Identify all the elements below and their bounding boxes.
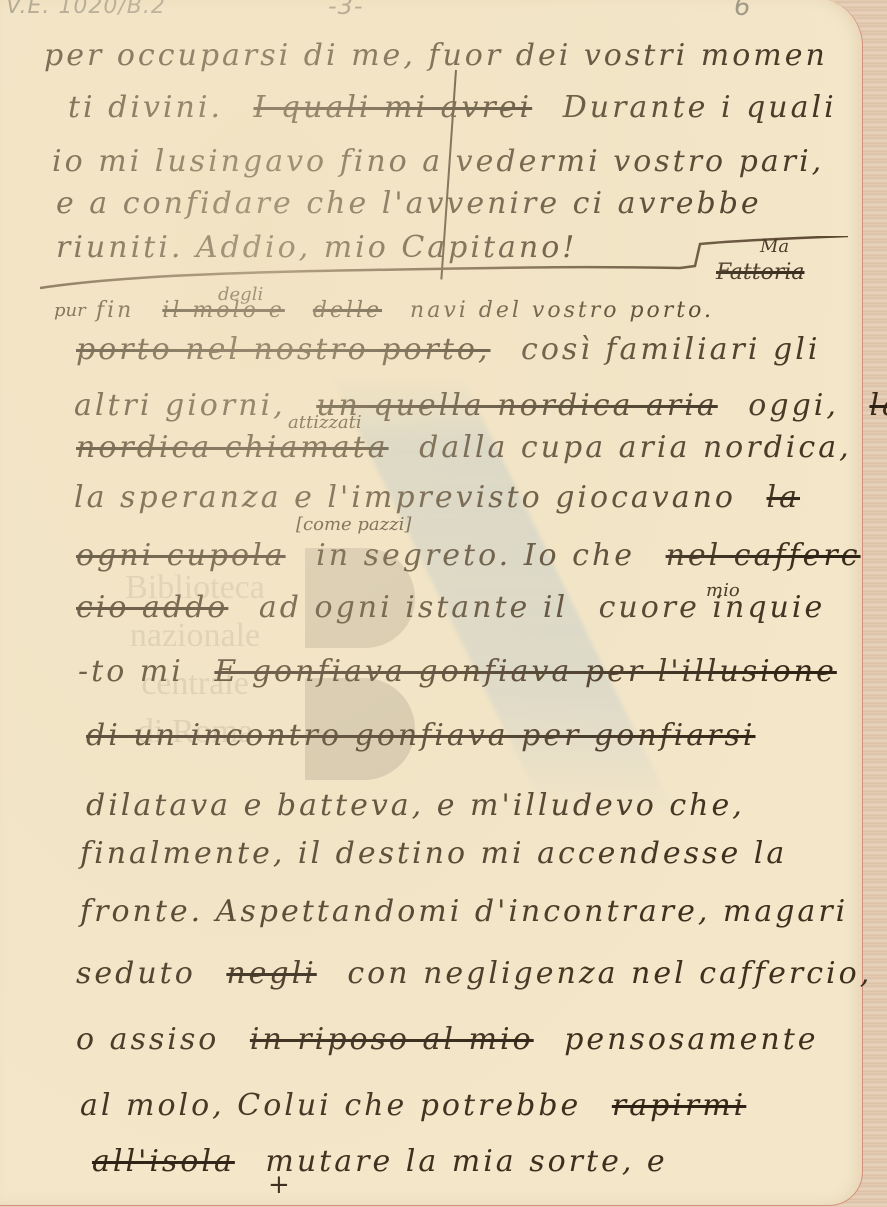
insertion-mark: + — [268, 1170, 290, 1200]
deleted-text: la — [869, 388, 887, 423]
deleted-text: nordica chiamata — [76, 430, 389, 465]
manuscript-line-8: altri giorni, un quella nordica aria ogg… — [74, 388, 887, 423]
manuscript-line-21: all'isola mutare la mia sorte, e — [92, 1144, 668, 1179]
shelfmark: V.E. 1020/B.2 — [6, 0, 166, 19]
manuscript-line-16: finalmente, il destino mi accendesse la — [80, 836, 787, 871]
insertion-above: Ma — [760, 236, 789, 257]
deleted-text: negli — [226, 956, 316, 991]
manuscript-page: V.E. 1020/B.2 -3- 6 Biblioteca nazionale… — [0, 0, 863, 1206]
deleted-text: delle — [313, 298, 382, 323]
deleted-text: porto nel nostro porto, — [76, 332, 491, 367]
deleted-text: cio addo — [76, 590, 228, 625]
manuscript-line-4: e a confidare che l'avvenire ci avrebbe — [56, 186, 762, 221]
manuscript-line-9: nordica chiamata dalla cupa aria nordica… — [76, 430, 852, 465]
manuscript-line-7: porto nel nostro porto, così familiari g… — [76, 332, 820, 367]
folio-number: 6 — [734, 0, 752, 22]
deleted-text: Fattoria — [716, 260, 804, 285]
manuscript-line-11: ogni cupola in segreto. Io che nel caffe… — [76, 538, 861, 573]
manuscript-line-14: di un incontro gonfiava per gonfiarsi — [86, 718, 756, 753]
deleted-text: ogni cupola — [76, 538, 286, 573]
deleted-text: I quali mi avrei — [254, 90, 533, 125]
manuscript-line-5: riuniti. Addio, mio Capitano! — [56, 230, 577, 265]
deleted-text: rapirmi — [612, 1088, 746, 1123]
deleted-text: un quella nordica aria — [316, 388, 718, 423]
manuscript-line-17: fronte. Aspettandomi d'incontrare, magar… — [80, 894, 848, 929]
deleted-text: nel cafferc — [666, 538, 861, 573]
manuscript-line-12: cio addo ad ogni istante il cuore inquie — [76, 590, 825, 625]
manuscript-line-2: ti divini. I quali mi avrei Durante i qu… — [68, 90, 837, 125]
margin-insertion: pur — [54, 300, 86, 321]
insertion-above: [come pazzi] — [296, 514, 411, 535]
manuscript-line-1: per occuparsi di me, fuor dei vostri mom… — [44, 38, 828, 73]
deleted-text: E gonfiava gonfiava per l'illusione — [214, 654, 836, 689]
deleted-text: in riposo al mio — [250, 1022, 534, 1057]
deleted-text: la — [767, 480, 800, 515]
deleted-text: all'isola — [92, 1144, 235, 1179]
deleted-text: di un incontro gonfiava per gonfiarsi — [86, 718, 756, 753]
manuscript-line-15: dilatava e batteva, e m'illudevo che, — [86, 788, 745, 823]
deleted-text: il molo e — [162, 298, 284, 323]
manuscript-line-13: -to mi E gonfiava gonfiava per l'illusio… — [78, 654, 837, 689]
manuscript-line-18: seduto negli con negligenza nel cafferci… — [76, 956, 872, 991]
manuscript-line-20: al molo, Colui che potrebbe rapirmi — [80, 1088, 746, 1123]
manuscript-line-10: la speranza e l'imprevisto giocavano la — [74, 480, 800, 515]
manuscript-line-3: io mi lusingavo fino a vedermi vostro pa… — [52, 144, 824, 179]
manuscript-line-19: o assiso in riposo al mio pensosamente — [76, 1022, 819, 1057]
page-number: -3- — [328, 0, 364, 20]
manuscript-line-6: fin il molo e delle navi del vostro port… — [96, 298, 714, 323]
